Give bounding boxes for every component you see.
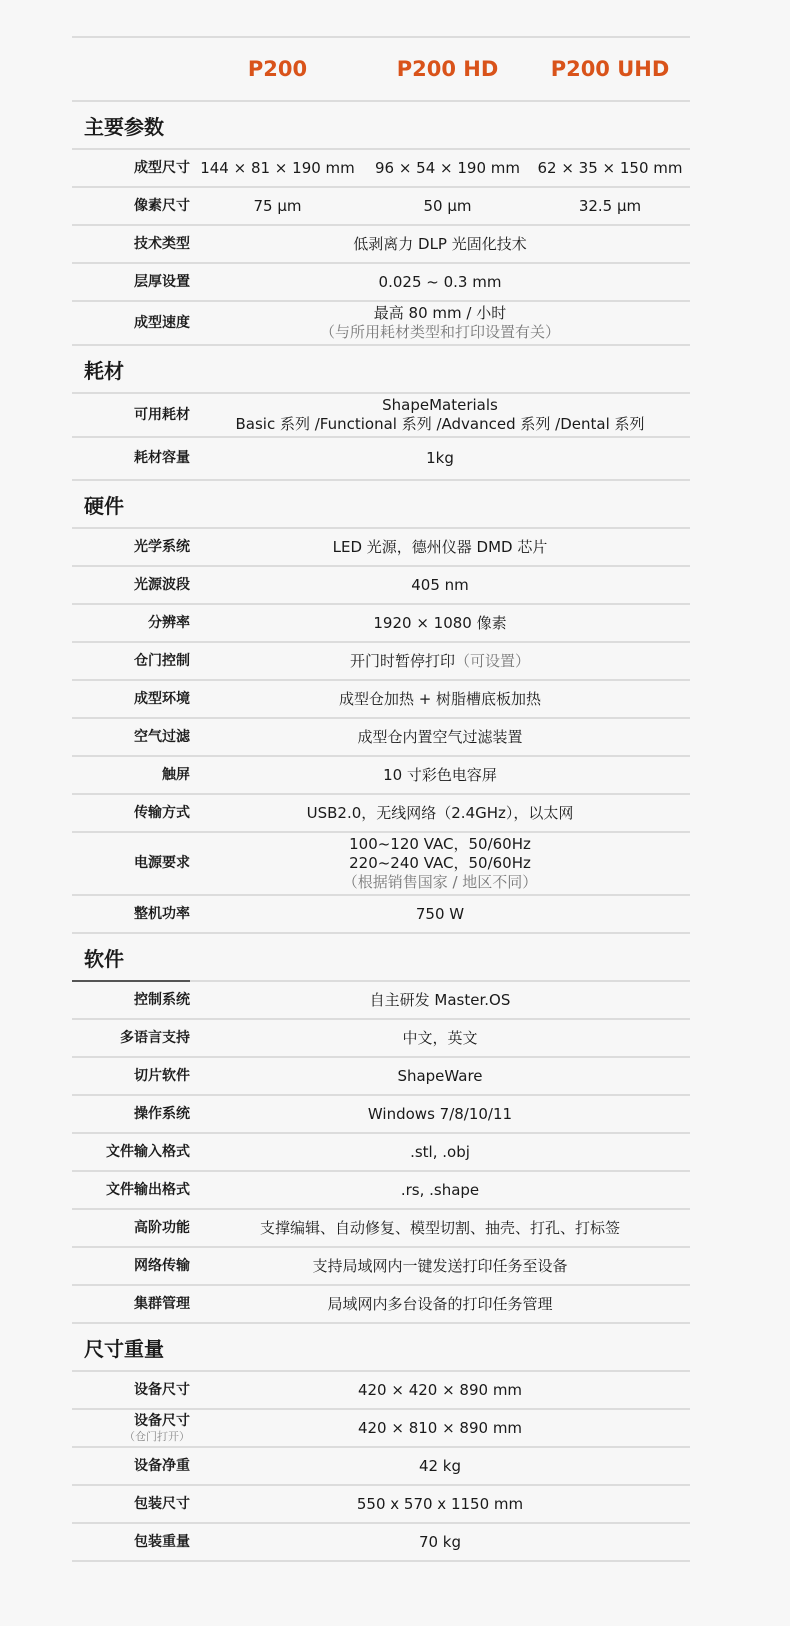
spec-label: 网络传输	[72, 1257, 190, 1275]
spec-label: 层厚设置	[72, 273, 190, 291]
spec-value: 1920 × 1080 像素	[190, 612, 690, 635]
spec-label: 文件输入格式	[72, 1143, 190, 1161]
spec-value-line: 最高 80 mm / 小时	[190, 304, 690, 323]
spec-row: 耗材容量 1kg	[72, 438, 690, 479]
spec-label: 整机功率	[72, 905, 190, 923]
section-title-software: 软件	[72, 934, 690, 980]
spec-label: 文件输出格式	[72, 1181, 190, 1199]
spec-value: 开门时暂停打印（可设置）	[190, 650, 690, 673]
spec-row: 设备尺寸 420 × 420 × 890 mm	[72, 1372, 690, 1408]
spec-note: （与所用耗材类型和打印设置有关）	[190, 323, 690, 342]
spec-row: 设备净重 42 kg	[72, 1448, 690, 1484]
spec-value: 10 寸彩色电容屏	[190, 764, 690, 787]
spec-row: 集群管理 局域网内多台设备的打印任务管理	[72, 1286, 690, 1322]
spec-value: 低剥离力 DLP 光固化技术	[190, 233, 690, 256]
spec-label: 包装重量	[72, 1533, 190, 1551]
spec-value-line: 100~120 VAC，50/60Hz	[190, 835, 690, 854]
spec-label: 集群管理	[72, 1295, 190, 1313]
section-title-main: 主要参数	[72, 102, 690, 148]
spec-row: 包装尺寸 550 x 570 x 1150 mm	[72, 1486, 690, 1522]
spec-row: 层厚设置 0.025 ~ 0.3 mm	[72, 264, 690, 300]
spec-label: 光学系统	[72, 538, 190, 556]
spec-sublabel: （仓门打开）	[72, 1430, 190, 1444]
spec-row: 文件输出格式 .rs, .shape	[72, 1172, 690, 1208]
spec-value: 局域网内多台设备的打印任务管理	[190, 1293, 690, 1316]
model-p200: P200	[190, 57, 365, 81]
spec-label: 成型速度	[72, 314, 190, 332]
spec-row: 控制系统 自主研发 Master.OS	[72, 982, 690, 1018]
spec-value-p200-uhd: 32.5 μm	[530, 197, 690, 215]
spec-row: 电源要求 100~120 VAC，50/60Hz 220~240 VAC，50/…	[72, 833, 690, 894]
spec-label: 多语言支持	[72, 1029, 190, 1047]
spec-value-p200: 75 μm	[190, 197, 365, 215]
spec-value: 420 × 810 × 890 mm	[190, 1417, 690, 1440]
spec-row-pixel-size: 像素尺寸 75 μm 50 μm 32.5 μm	[72, 188, 690, 224]
spec-value-p200-hd: 50 μm	[365, 197, 530, 215]
spec-value: USB2.0，无线网络（2.4GHz），以太网	[190, 802, 690, 825]
spec-row: 光源波段 405 nm	[72, 567, 690, 603]
section-title-dimensions: 尺寸重量	[72, 1324, 690, 1370]
section-title-materials: 耗材	[72, 346, 690, 392]
spec-row: 高阶功能 支撑编辑、自动修复、模型切割、抽壳、打孔、打标签	[72, 1210, 690, 1246]
spec-value-text: 开门时暂停打印	[350, 652, 455, 670]
spec-row: 切片软件 ShapeWare	[72, 1058, 690, 1094]
spec-row: 包装重量 70 kg	[72, 1524, 690, 1560]
spec-value: Windows 7/8/10/11	[190, 1103, 690, 1126]
spec-value: 最高 80 mm / 小时 （与所用耗材类型和打印设置有关）	[190, 302, 690, 344]
spec-label: 设备尺寸 （仓门打开）	[72, 1412, 190, 1444]
spec-value-p200-uhd: 62 × 35 × 150 mm	[530, 159, 690, 177]
spec-value: 70 kg	[190, 1531, 690, 1554]
spec-value: 100~120 VAC，50/60Hz 220~240 VAC，50/60Hz …	[190, 833, 690, 894]
spec-label: 光源波段	[72, 576, 190, 594]
spec-value: 自主研发 Master.OS	[190, 989, 690, 1012]
spec-value: 中文，英文	[190, 1027, 690, 1050]
section-title-hardware: 硬件	[72, 481, 690, 527]
spec-value-line: 220~240 VAC，50/60Hz	[190, 854, 690, 873]
spec-label: 设备净重	[72, 1457, 190, 1475]
model-p200-uhd: P200 UHD	[530, 57, 690, 81]
spec-row: 整机功率 750 W	[72, 896, 690, 932]
spec-label: 成型尺寸	[72, 159, 190, 177]
spec-label: 电源要求	[72, 854, 190, 872]
spec-value-p200: 144 × 81 × 190 mm	[190, 159, 365, 177]
spec-row: 仓门控制 开门时暂停打印（可设置）	[72, 643, 690, 679]
spec-value: 420 × 420 × 890 mm	[190, 1379, 690, 1402]
spec-row: 技术类型 低剥离力 DLP 光固化技术	[72, 226, 690, 262]
spec-value-line: ShapeMaterials	[190, 396, 690, 415]
spec-label: 像素尺寸	[72, 197, 190, 215]
spec-label: 高阶功能	[72, 1219, 190, 1237]
spec-value: 支持局域网内一键发送打印任务至设备	[190, 1255, 690, 1278]
spec-label: 控制系统	[72, 991, 190, 1009]
spec-row: 成型环境 成型仓加热 + 树脂槽底板加热	[72, 681, 690, 717]
spec-label: 包装尺寸	[72, 1495, 190, 1513]
spec-row: 多语言支持 中文，英文	[72, 1020, 690, 1056]
spec-row-build-size: 成型尺寸 144 × 81 × 190 mm 96 × 54 × 190 mm …	[72, 150, 690, 186]
spec-row: 光学系统 LED 光源，德州仪器 DMD 芯片	[72, 529, 690, 565]
spec-value: 0.025 ~ 0.3 mm	[190, 271, 690, 294]
spec-value: 成型仓内置空气过滤装置	[190, 726, 690, 749]
spec-label: 触屏	[72, 766, 190, 784]
model-p200-hd: P200 HD	[365, 57, 530, 81]
spec-row: 触屏 10 寸彩色电容屏	[72, 757, 690, 793]
spec-label: 仓门控制	[72, 652, 190, 670]
spec-value: ShapeWare	[190, 1065, 690, 1088]
spec-label: 成型环境	[72, 690, 190, 708]
spec-table: P200 P200 HD P200 UHD 主要参数 成型尺寸 144 × 81…	[72, 36, 690, 1562]
spec-label: 耗材容量	[72, 449, 190, 467]
spec-row: 成型速度 最高 80 mm / 小时 （与所用耗材类型和打印设置有关）	[72, 302, 690, 344]
spec-value: .stl, .obj	[190, 1141, 690, 1164]
spec-note: （可设置）	[455, 652, 530, 670]
spec-value: 42 kg	[190, 1455, 690, 1478]
spec-row: 设备尺寸 （仓门打开） 420 × 810 × 890 mm	[72, 1410, 690, 1446]
spec-label: 设备尺寸	[72, 1381, 190, 1399]
spec-value: 750 W	[190, 903, 690, 926]
spec-row: 操作系统 Windows 7/8/10/11	[72, 1096, 690, 1132]
spec-row: 分辨率 1920 × 1080 像素	[72, 605, 690, 641]
spec-label: 操作系统	[72, 1105, 190, 1123]
spec-value: 1kg	[190, 447, 690, 470]
spec-value: .rs, .shape	[190, 1179, 690, 1202]
spec-value: 支撑编辑、自动修复、模型切割、抽壳、打孔、打标签	[190, 1217, 690, 1240]
spec-row: 传输方式 USB2.0，无线网络（2.4GHz），以太网	[72, 795, 690, 831]
model-header-row: P200 P200 HD P200 UHD	[72, 38, 690, 100]
spec-value-line: Basic 系列 /Functional 系列 /Advanced 系列 /De…	[190, 415, 690, 434]
spec-label-text: 设备尺寸	[134, 1413, 190, 1429]
spec-row: 网络传输 支持局域网内一键发送打印任务至设备	[72, 1248, 690, 1284]
spec-note: （根据销售国家 / 地区不同）	[190, 873, 690, 892]
spec-value: 成型仓加热 + 树脂槽底板加热	[190, 688, 690, 711]
spec-value: 550 x 570 x 1150 mm	[190, 1493, 690, 1516]
spec-label: 技术类型	[72, 235, 190, 253]
spec-label: 空气过滤	[72, 728, 190, 746]
spec-label: 可用耗材	[72, 406, 190, 424]
spec-row: 文件输入格式 .stl, .obj	[72, 1134, 690, 1170]
spec-row: 空气过滤 成型仓内置空气过滤装置	[72, 719, 690, 755]
spec-value: 405 nm	[190, 574, 690, 597]
spec-label: 分辨率	[72, 614, 190, 632]
spec-row: 可用耗材 ShapeMaterials Basic 系列 /Functional…	[72, 394, 690, 436]
spec-label: 传输方式	[72, 804, 190, 822]
spec-value-p200-hd: 96 × 54 × 190 mm	[365, 159, 530, 177]
spec-value: ShapeMaterials Basic 系列 /Functional 系列 /…	[190, 394, 690, 436]
spec-label: 切片软件	[72, 1067, 190, 1085]
spec-value: LED 光源，德州仪器 DMD 芯片	[190, 536, 690, 559]
